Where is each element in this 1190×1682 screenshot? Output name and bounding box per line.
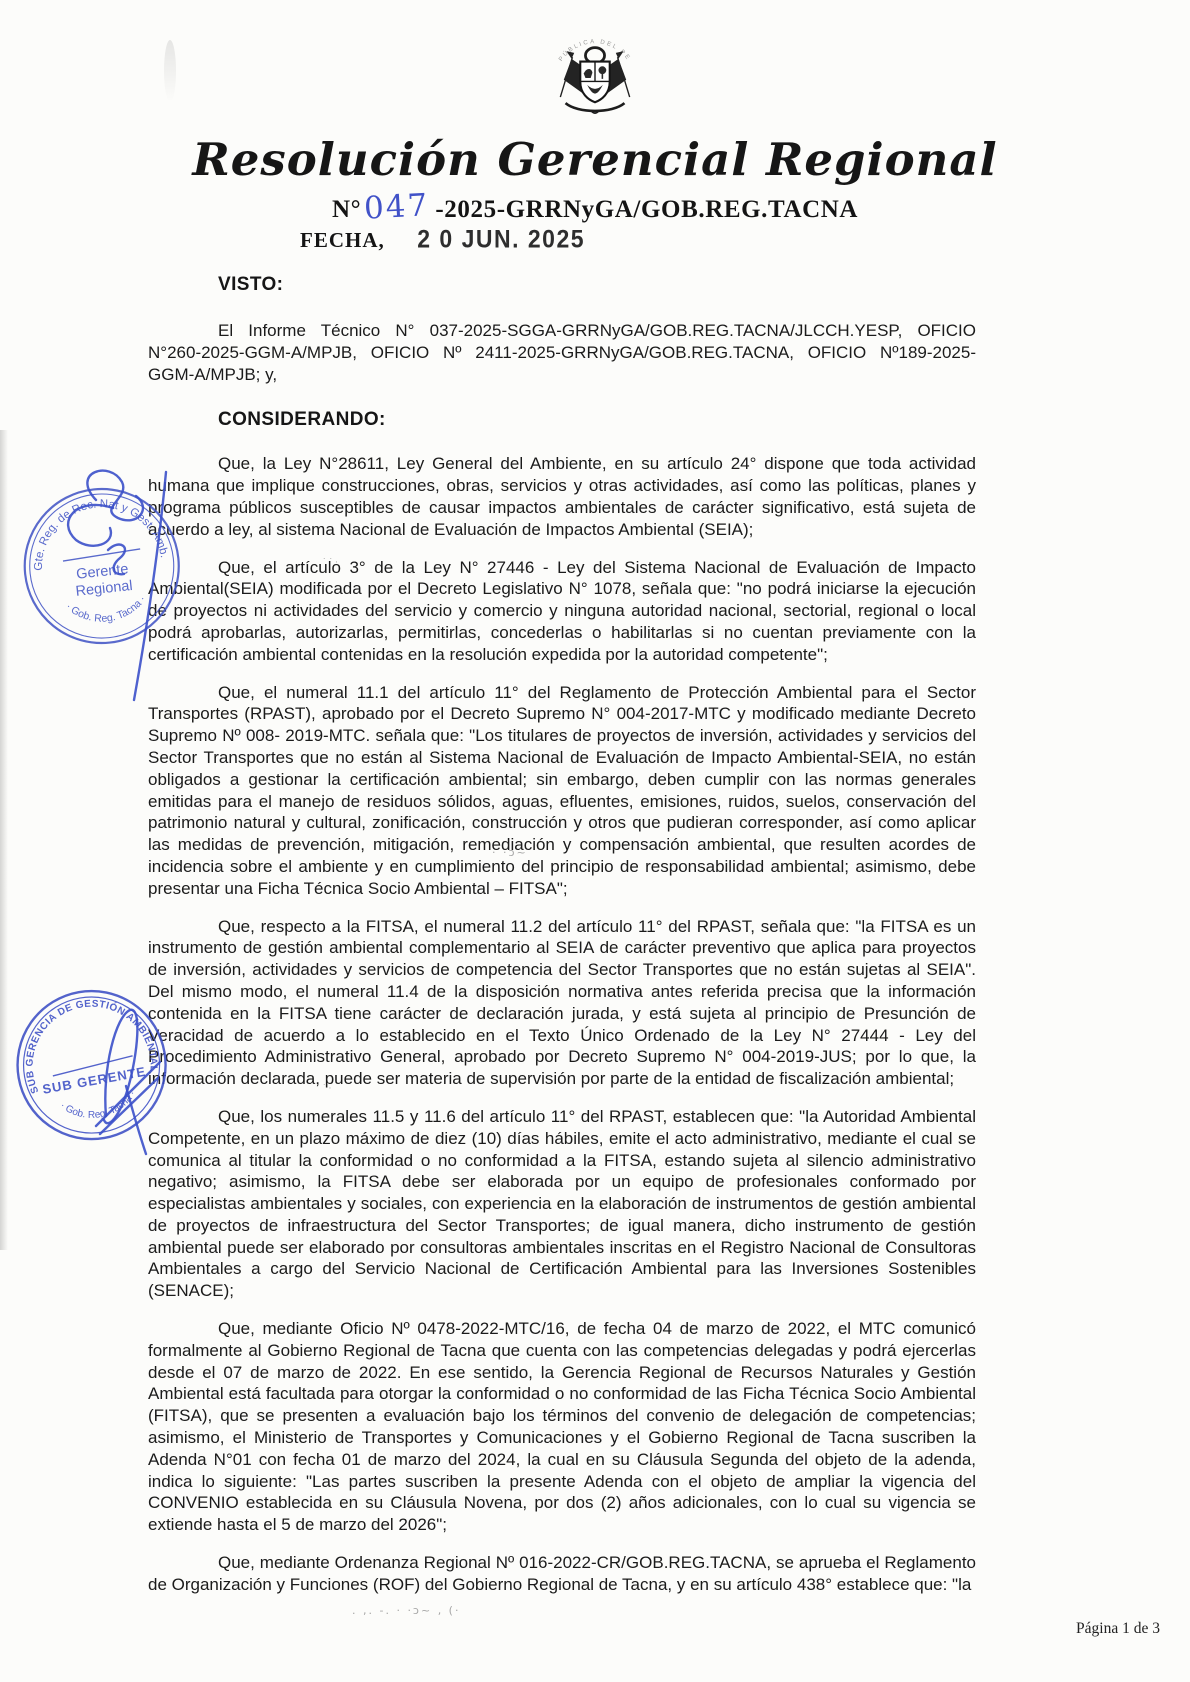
resolution-number: N°047-2025-GRRNyGA/GOB.REG.TACNA	[0, 189, 1190, 225]
document-header: REPÚBLICA DEL PERÚ	[0, 0, 1190, 258]
visto-paragraph: El Informe Técnico N° 037-2025-SGGA-GRRN…	[148, 320, 976, 385]
fecha-label: FECHA,	[300, 228, 385, 252]
scan-smudge: ˙˙·	[322, 558, 340, 568]
document-title: Resolución Gerencial Regional	[0, 134, 1190, 186]
peru-coat-of-arms-graphic: REPÚBLICA DEL PERÚ	[543, 22, 647, 134]
considerando-paragraph-1: Que, la Ley N°28611, Ley General del Amb…	[148, 453, 976, 540]
resolution-number-suffix: -2025-GRRNyGA/GOB.REG.TACNA	[435, 196, 858, 223]
considerando-heading: CONSIDERANDO:	[148, 409, 976, 431]
considerando-paragraph-4: Que, respecto a la FITSA, el numeral 11.…	[148, 916, 976, 1090]
emblem-laurel	[566, 103, 625, 113]
considerando-paragraph-5: Que, los numerales 11.5 y 11.6 del artíc…	[148, 1106, 976, 1302]
peru-coat-of-arms: REPÚBLICA DEL PERÚ	[0, 22, 1190, 134]
considerando-paragraph-2: Que, el artículo 3° de la Ley N° 27446 -…	[148, 557, 976, 666]
page-number: Página 1 de 3	[1076, 1620, 1160, 1638]
stamp-gerente-regional: Gte. Reg. de Rec. Nat y Gest. Amb. · Gob…	[0, 459, 204, 678]
considerando-paragraph-7: Que, mediante Ordenanza Regional Nº 016-…	[148, 1552, 976, 1596]
considerando-paragraph-3: Que, el numeral 11.1 del artículo 11° de…	[148, 682, 976, 900]
resolution-number-prefix: N°	[332, 196, 361, 223]
scan-smudge: · ·ɔ~	[492, 846, 528, 859]
resolution-number-handwritten: 047	[363, 187, 430, 226]
stamp-subgerente: SUB GERENCIA DE GESTIÓN AMBIENTAL · Gob.…	[0, 958, 195, 1177]
scan-smudge: . ,. -. · ·ɔ~ , (·	[352, 1604, 460, 1617]
fecha-date-stamp: 2 0 JUN. 2025	[417, 225, 585, 254]
page: REPÚBLICA DEL PERÚ	[0, 0, 1190, 1682]
emblem-shield	[580, 62, 609, 103]
scan-smudge: ˙·	[322, 1084, 333, 1094]
fecha-line: FECHA, 2 0 JUN. 2025	[0, 226, 1190, 258]
visto-heading: VISTO:	[148, 274, 976, 296]
considerando-paragraph-6: Que, mediante Oficio Nº 0478-2022-MTC/16…	[148, 1318, 976, 1536]
